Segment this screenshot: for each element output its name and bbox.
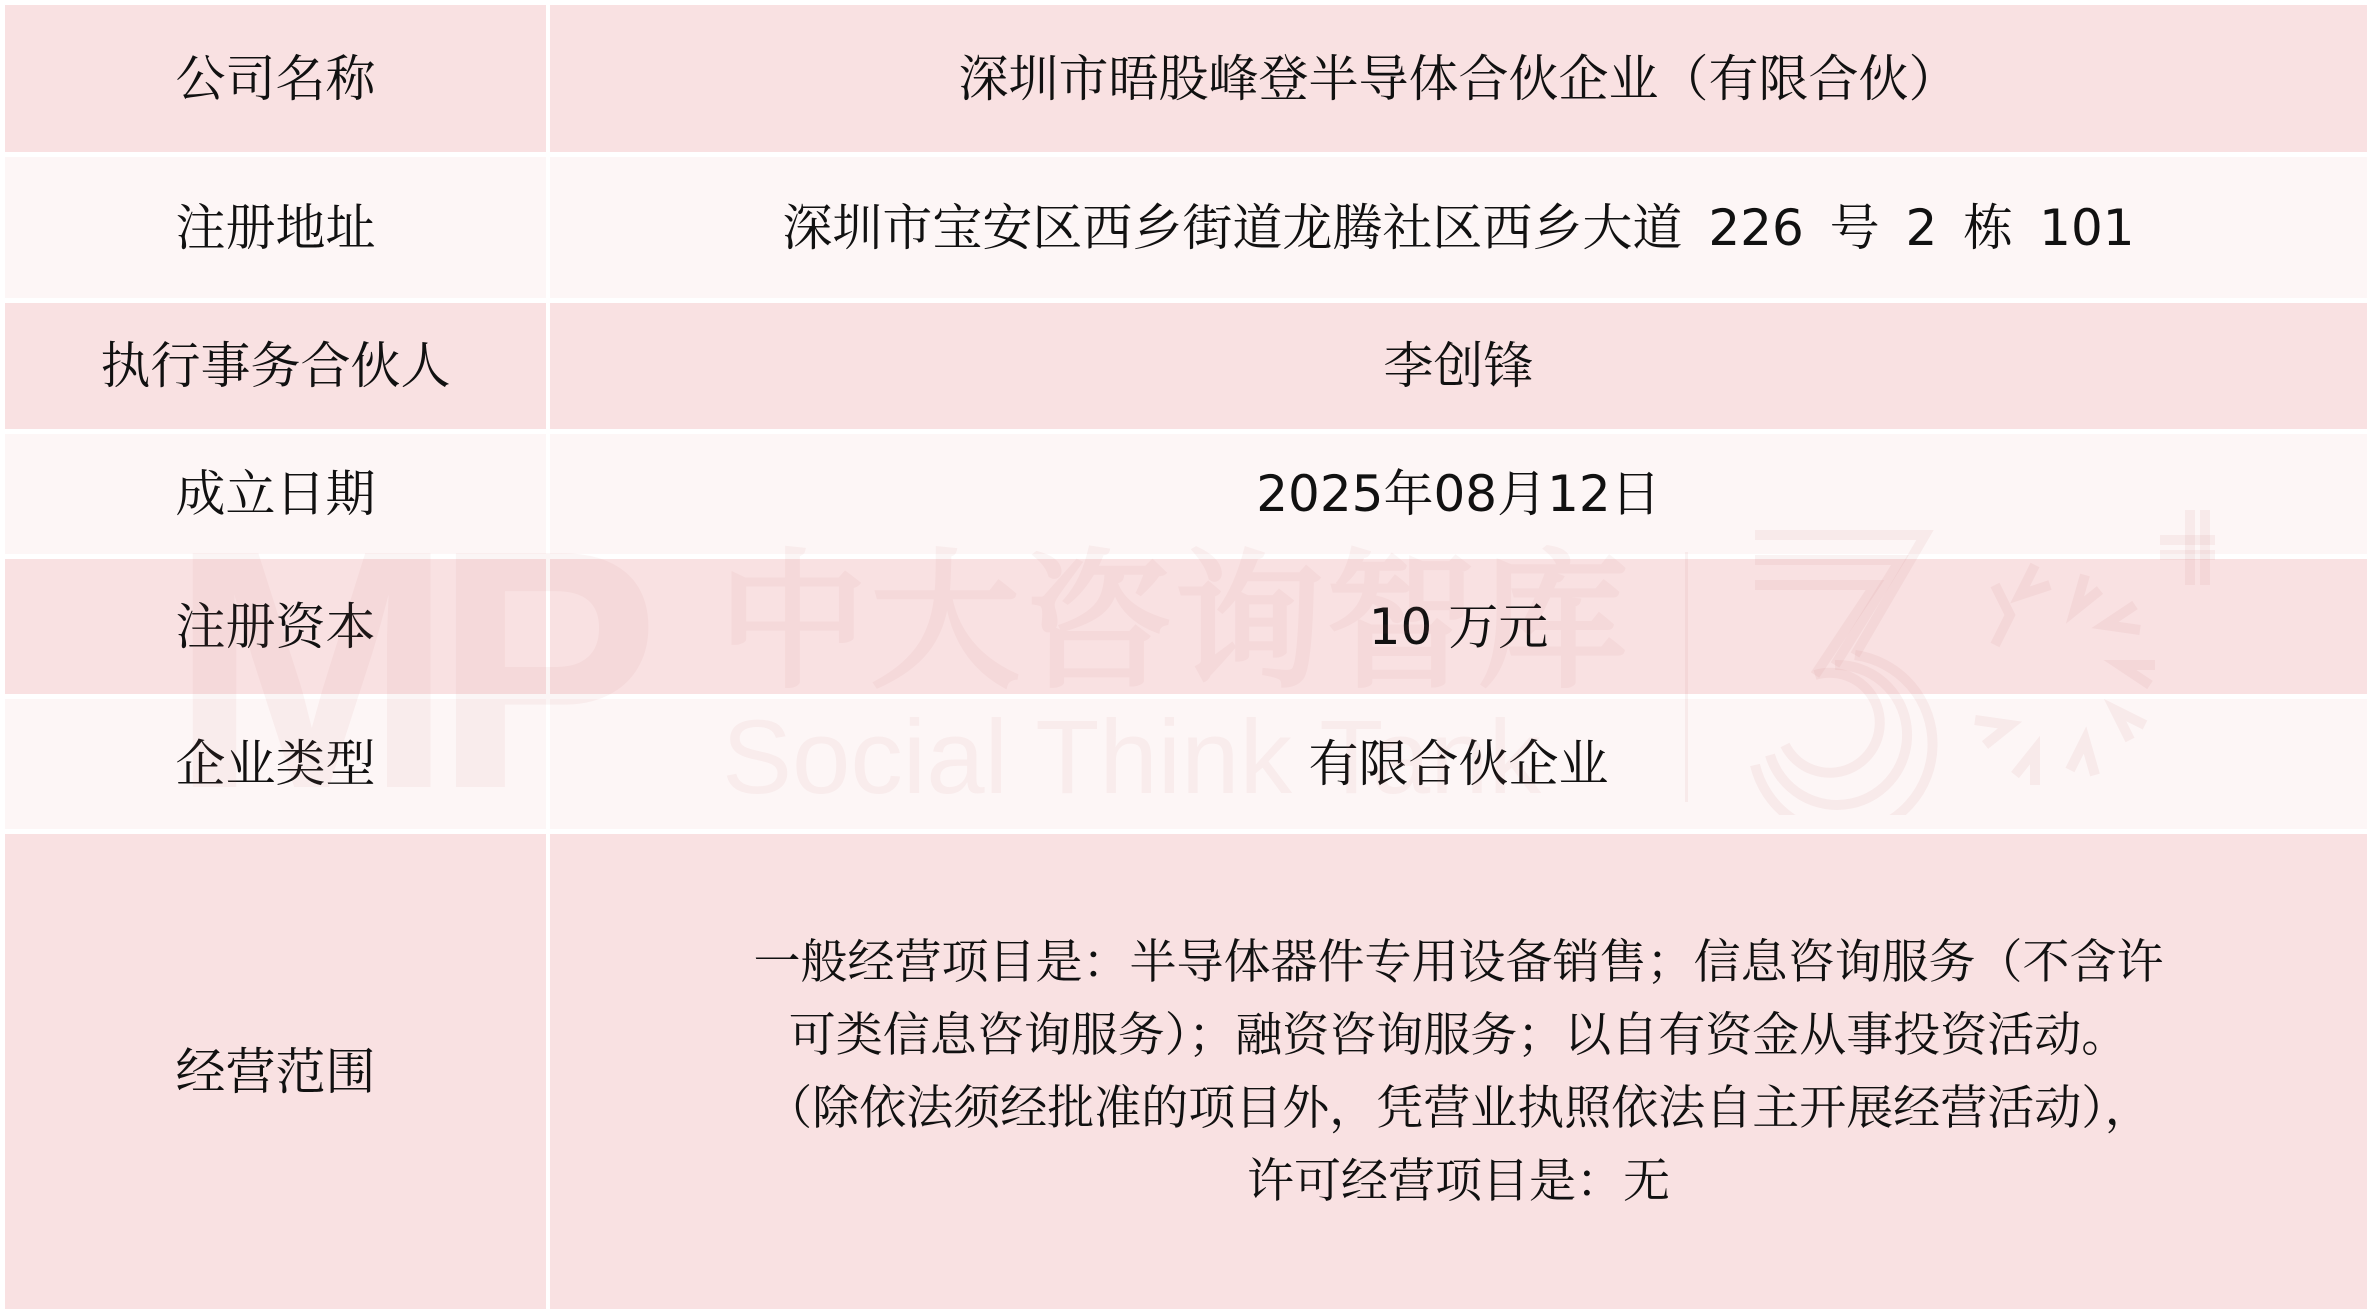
value-executive-partner: 李创锋 bbox=[550, 303, 2367, 429]
value-established-date: 2025年08月12日 bbox=[550, 434, 2367, 554]
label-registered-address: 注册地址 bbox=[5, 157, 546, 298]
business-scope-line-4: 许可经营项目是：无 bbox=[1247, 1145, 1670, 1218]
label-established-date: 成立日期 bbox=[5, 434, 546, 554]
value-business-scope: 一般经营项目是：半导体器件专用设备销售；信息咨询服务（不含许 可类信息咨询服务）… bbox=[550, 834, 2367, 1309]
value-enterprise-type: 有限合伙企业 bbox=[550, 699, 2367, 829]
value-registered-address: 深圳市宝安区西乡街道龙腾社区西乡大道 226 号 2 栋 101 bbox=[550, 157, 2367, 298]
business-scope-line-1: 一般经营项目是：半导体器件专用设备销售；信息咨询服务（不含许 bbox=[754, 926, 2164, 999]
label-registered-capital: 注册资本 bbox=[5, 559, 546, 694]
label-executive-partner: 执行事务合伙人 bbox=[5, 303, 546, 429]
value-registered-capital: 10 万元 bbox=[550, 559, 2367, 694]
value-company-name: 深圳市晤股峰登半导体合伙企业（有限合伙） bbox=[550, 5, 2367, 152]
label-enterprise-type: 企业类型 bbox=[5, 699, 546, 829]
business-scope-line-2: 可类信息咨询服务）；融资咨询服务；以自有资金从事投资活动。 bbox=[789, 999, 2129, 1072]
business-scope-line-3: （除依法须经批准的项目外，凭营业执照依法自主开展经营活动）， bbox=[765, 1072, 2152, 1145]
label-business-scope: 经营范围 bbox=[5, 834, 546, 1309]
company-info-table: 公司名称 深圳市晤股峰登半导体合伙企业（有限合伙） 注册地址 深圳市宝安区西乡街… bbox=[5, 5, 2367, 1309]
label-company-name: 公司名称 bbox=[5, 5, 546, 152]
